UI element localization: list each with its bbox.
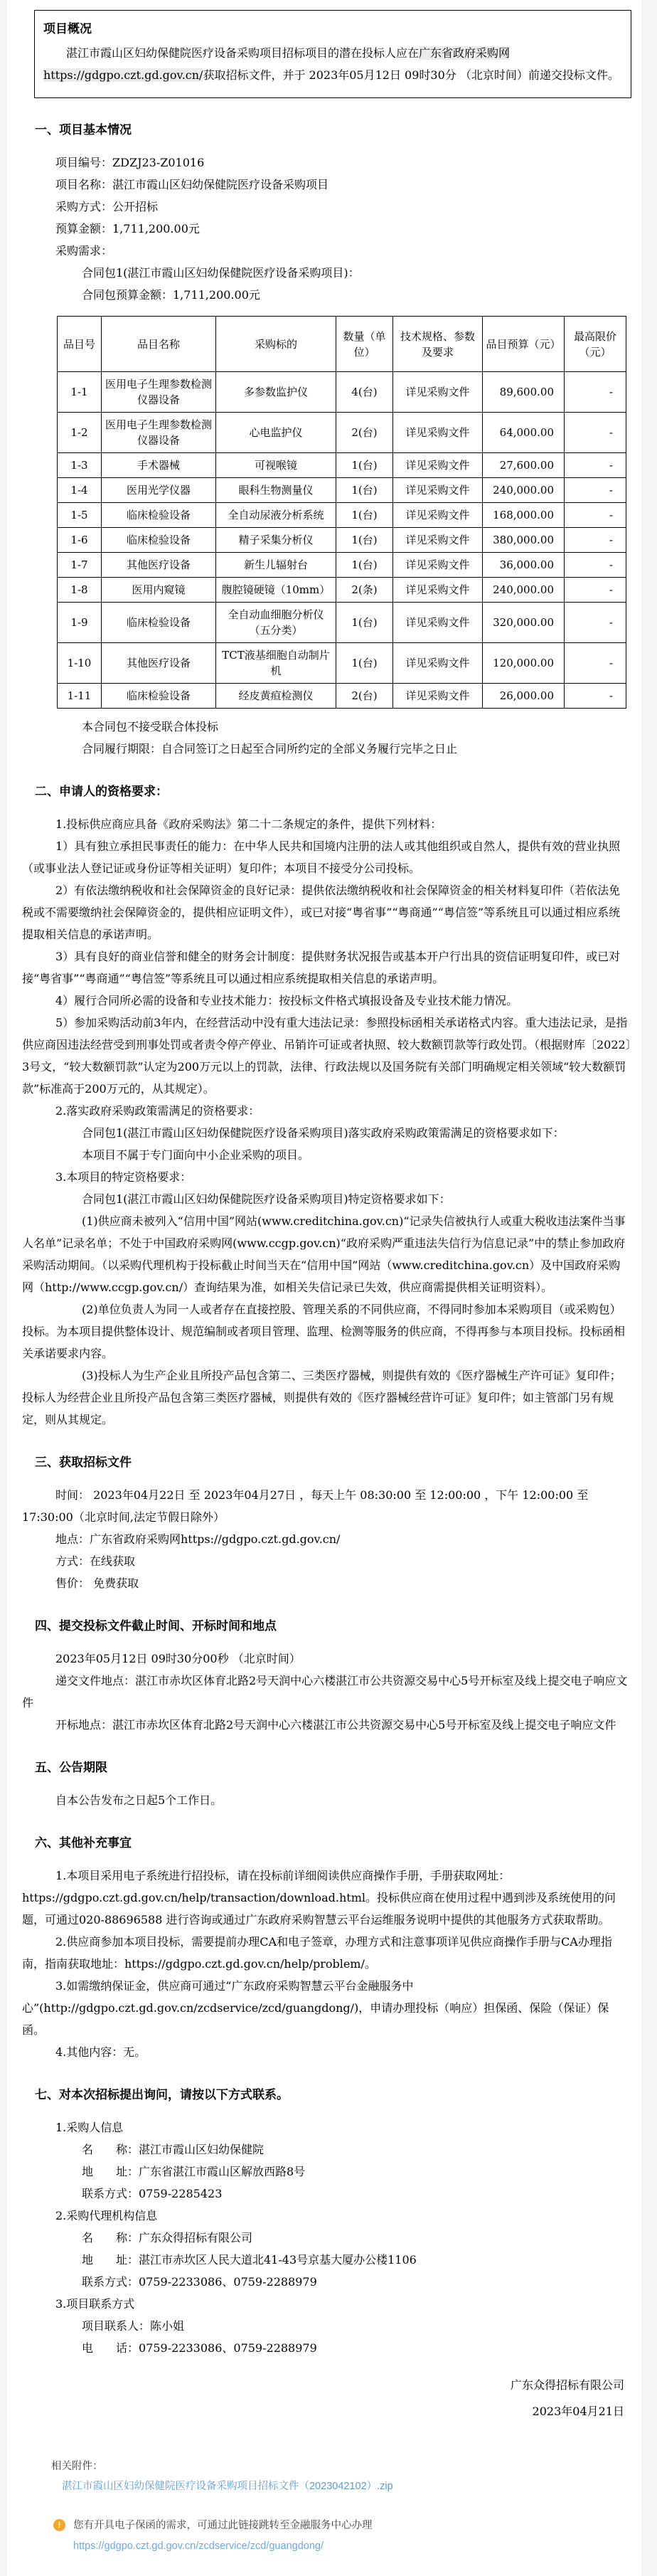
table-cell: 120,000.00: [483, 643, 565, 684]
table-cell: -: [565, 684, 626, 709]
table-cell: 详见采购文件: [393, 528, 483, 553]
announcement-document: 项目概况 湛江市霞山区妇幼保健院医疗设备采购项目招标项目的潜在投标人应在广东省政…: [7, 10, 641, 2555]
table-cell: 1(台): [336, 503, 393, 528]
table-cell: 新生儿辐射台: [216, 553, 336, 578]
table-cell: -: [565, 478, 626, 503]
table-cell: 1-7: [58, 553, 102, 578]
paragraph: 采购需求：: [22, 240, 631, 262]
table-cell: 详见采购文件: [393, 503, 483, 528]
paragraph: 项目名称：湛江市霞山区妇幼保健院医疗设备采购项目: [22, 174, 631, 196]
table-cell: -: [565, 603, 626, 643]
table-header-row: 品目号品目名称采购标的数量（单位）技术规格、参数及要求品目预算（元）最高限价（元…: [58, 317, 626, 372]
paragraph: 5）参加采购活动前3年内，在经营活动中没有重大违法记录：参照投标函相关承诺格式内…: [22, 1012, 631, 1100]
table-row: 1-2医用电子生理参数检测仪器设备心电监护仪2(台)详见采购文件64,000.0…: [58, 413, 626, 453]
table-cell: 精子采集分析仪: [216, 528, 336, 553]
table-cell: 可视喉镜: [216, 453, 336, 478]
table-cell: 2(条): [336, 578, 393, 603]
table-cell: -: [565, 413, 626, 453]
paragraph: 2023年05月12日 09时30分00秒 （北京时间）: [22, 1648, 631, 1670]
document-panel: 项目概况 湛江市霞山区妇幼保健院医疗设备采购项目招标项目的潜在投标人应在广东省政…: [7, 0, 641, 2576]
table-cell: 1-3: [58, 453, 102, 478]
signature-company: 广东众得招标有限公司: [22, 2372, 624, 2398]
table-row: 1-4医用光学仪器眼科生物测量仪1(台)详见采购文件240,000.00-: [58, 478, 626, 503]
paragraph: 合同包1(湛江市霞山区妇幼保健院医疗设备采购项目)落实政府采购政策需满足的资格要…: [22, 1122, 631, 1144]
procurement-items-table: 品目号品目名称采购标的数量（单位）技术规格、参数及要求品目预算（元）最高限价（元…: [57, 316, 626, 709]
notice-body: 您有开具电子保函的需求，可通过此链接跳转至金融服务中心办理 https://gd…: [73, 2517, 373, 2555]
paragraph: 自本公告发布之日起5个工作日。: [22, 1789, 631, 1811]
table-cell: -: [565, 528, 626, 553]
table-cell: TCT液基细胞自动制片机: [216, 643, 336, 684]
table-cell: 1(台): [336, 553, 393, 578]
paragraph: 售价： 免费获取: [22, 1572, 631, 1594]
paragraph: 地点：广东省政府采购网https://gdgpo.czt.gd.gov.cn/: [22, 1528, 631, 1550]
table-row: 1-8医用内窥镜腹腔镜硬镜（10mm）2(条)详见采购文件240,000.00-: [58, 578, 626, 603]
table-cell: 1(台): [336, 643, 393, 684]
paragraph: 合同包1(湛江市霞山区妇幼保健院医疗设备采购项目)：: [22, 262, 631, 284]
paragraph: 2.落实政府采购政策需满足的资格要求：: [22, 1100, 631, 1122]
attachment-zip-link[interactable]: 湛江市霞山区妇幼保健院医疗设备采购项目招标文件（2023042102）.zip: [62, 2477, 393, 2496]
table-cell: -: [565, 553, 626, 578]
table-row: 1-3手术器械可视喉镜1(台)详见采购文件27,600.00-: [58, 453, 626, 478]
table-cell: 其他医疗设备: [102, 553, 216, 578]
table-cell: 1-6: [58, 528, 102, 553]
paragraph: 1.采购人信息: [22, 2116, 631, 2138]
section-heading: 六、其他补充事宜: [22, 1833, 631, 1855]
table-cell: -: [565, 372, 626, 413]
table-cell: 1-1: [58, 372, 102, 413]
paragraph: 4）履行合同所必需的设备和专业技术能力：按投标文件格式填报设备及专业技术能力情况…: [22, 990, 631, 1012]
table-cell: 240,000.00: [483, 478, 565, 503]
overview-title: 项目概况: [43, 18, 621, 41]
paragraph: 2.供应商参加本项目投标，需要提前办理CA和电子签章，办理方式和注意事项详见供应…: [22, 1931, 631, 1975]
paragraph: 3.本项目的特定资格要求：: [22, 1166, 631, 1188]
overview-intro-suffix: 获取招标文件，并于 2023年05月12日 09时30分 （北京时间）前递交投标…: [203, 68, 619, 82]
table-header-cell: 最高限价（元）: [565, 317, 626, 372]
table-cell: 临床检验设备: [102, 684, 216, 709]
table-cell: 1-5: [58, 503, 102, 528]
overview-text: 湛江市霞山区妇幼保健院医疗设备采购项目招标项目的潜在投标人应在广东省政府采购网h…: [43, 42, 621, 86]
table-cell: 1-11: [58, 684, 102, 709]
table-cell: 临床检验设备: [102, 503, 216, 528]
paragraph: 本合同包不接受联合体投标: [22, 716, 631, 738]
table-cell: 心电监护仪: [216, 413, 336, 453]
table-cell: -: [565, 643, 626, 684]
table-cell: 详见采购文件: [393, 643, 483, 684]
paragraph: 名 称：广东众得招标有限公司: [22, 2227, 631, 2249]
paragraph: 项目联系人：陈小姐: [22, 2315, 631, 2337]
table-cell: -: [565, 578, 626, 603]
table-cell: 医用内窥镜: [102, 578, 216, 603]
paragraph: 电 话：0759-2233086、0759-2288979: [22, 2337, 631, 2359]
table-header-cell: 品目预算（元）: [483, 317, 565, 372]
table-cell: 26,000.00: [483, 684, 565, 709]
table-row: 1-1医用电子生理参数检测仪器设备多参数监护仪4(台)详见采购文件89,600.…: [58, 372, 626, 413]
table-cell: 1-10: [58, 643, 102, 684]
table-cell: 240,000.00: [483, 578, 565, 603]
table-cell: 详见采购文件: [393, 372, 483, 413]
e-guarantee-notice: ! 您有开具电子保函的需求，可通过此链接跳转至金融服务中心办理 https://…: [53, 2517, 631, 2555]
attachments-label: 相关附件：: [51, 2457, 631, 2476]
table-cell: 其他医疗设备: [102, 643, 216, 684]
paragraph: 预算金额：1,711,200.00元: [22, 218, 631, 240]
paragraph: 联系方式：0759-2285423: [22, 2183, 631, 2205]
table-cell: 64,000.00: [483, 413, 565, 453]
paragraph: 合同包1(湛江市霞山区妇幼保健院医疗设备采购项目)特定资格要求如下：: [22, 1188, 631, 1210]
paragraph: 1.投标供应商应具备《政府采购法》第二十二条规定的条件，提供下列材料：: [22, 813, 631, 835]
project-overview-box: 项目概况 湛江市霞山区妇幼保健院医疗设备采购项目招标项目的潜在投标人应在广东省政…: [34, 10, 631, 98]
table-cell: 临床检验设备: [102, 603, 216, 643]
table-cell: 腹腔镜硬镜（10mm）: [216, 578, 336, 603]
section-heading: 三、获取招标文件: [22, 1452, 631, 1474]
table-cell: 89,600.00: [483, 372, 565, 413]
table-cell: 医用光学仪器: [102, 478, 216, 503]
table-cell: 1(台): [336, 478, 393, 503]
table-cell: 36,000.00: [483, 553, 565, 578]
table-cell: 手术器械: [102, 453, 216, 478]
paragraph: 名 称：湛江市霞山区妇幼保健院: [22, 2138, 631, 2161]
table-cell: 临床检验设备: [102, 528, 216, 553]
table-cell: 2(台): [336, 684, 393, 709]
table-row: 1-5临床检验设备全自动尿液分析系统1(台)详见采购文件168,000.00-: [58, 503, 626, 528]
paragraph: 本项目不属于专门面向中小企业采购的项目。: [22, 1144, 631, 1166]
table-cell: 医用电子生理参数检测仪器设备: [102, 372, 216, 413]
table-cell: 眼科生物测量仪: [216, 478, 336, 503]
table-cell: 27,600.00: [483, 453, 565, 478]
table-cell: 全自动血细胞分析仪（五分类）: [216, 603, 336, 643]
paragraph: 地 址：广东省湛江市霞山区解放西路8号: [22, 2161, 631, 2183]
paragraph: 1.本项目采用电子系统进行招投标，请在投标前详细阅读供应商操作手册，手册获取网址…: [22, 1865, 631, 1931]
table-cell: 320,000.00: [483, 603, 565, 643]
table-cell: 1(台): [336, 453, 393, 478]
table-cell: 详见采购文件: [393, 453, 483, 478]
table-cell: 详见采购文件: [393, 684, 483, 709]
table-header-cell: 采购标的: [216, 317, 336, 372]
paragraph: 2）有依法缴纳税收和社会保障资金的良好记录：提供依法缴纳税收和社会保障资金的相关…: [22, 879, 631, 945]
table-header-cell: 技术规格、参数及要求: [393, 317, 483, 372]
table-header-cell: 品目名称: [102, 317, 216, 372]
table-cell: 1(台): [336, 603, 393, 643]
sections-host: 一、项目基本情况项目编号：ZDZJ23-Z01016项目名称：湛江市霞山区妇幼保…: [22, 120, 631, 2359]
table-header-cell: 品目号: [58, 317, 102, 372]
paragraph: 3.项目联系方式: [22, 2293, 631, 2315]
table-cell: 2(台): [336, 413, 393, 453]
paragraph: 合同履行期限：自合同签订之日起至合同所约定的全部义务履行完毕之日止: [22, 738, 631, 760]
table-row: 1-11临床检验设备经皮黄疸检测仪2(台)详见采购文件26,000.00-: [58, 684, 626, 709]
table-cell: -: [565, 503, 626, 528]
paragraph: (2)单位负责人为同一人或者存在直接控股、管理关系的不同供应商，不得同时参加本采…: [22, 1298, 631, 1364]
table-cell: 4(台): [336, 372, 393, 413]
section-heading: 四、提交投标文件截止时间、开标时间和地点: [22, 1616, 631, 1638]
attachments-section: 相关附件： 湛江市霞山区妇幼保健院医疗设备采购项目招标文件（2023042102…: [51, 2457, 631, 2496]
table-cell: 1-4: [58, 478, 102, 503]
paragraph: 项目编号：ZDZJ23-Z01016: [22, 152, 631, 174]
table-cell: 详见采购文件: [393, 478, 483, 503]
warning-icon: !: [53, 2519, 65, 2531]
overview-intro-prefix: 湛江市霞山区妇幼保健院医疗设备采购项目招标项目的潜在投标人应在: [66, 46, 419, 60]
signature-date: 2023年04月21日: [22, 2398, 624, 2424]
table-header-cell: 数量（单位）: [336, 317, 393, 372]
table-cell: 详见采购文件: [393, 553, 483, 578]
paragraph: 地 址：湛江市赤坎区人民大道北41-43号京基大厦办公楼1106: [22, 2249, 631, 2271]
table-row: 1-9临床检验设备全自动血细胞分析仪（五分类）1(台)详见采购文件320,000…: [58, 603, 626, 643]
paragraph: 递交文件地点：湛江市赤坎区体育北路2号天润中心六楼湛江市公共资源交易中心5号开标…: [22, 1670, 631, 1714]
table-cell: 380,000.00: [483, 528, 565, 553]
table-cell: 168,000.00: [483, 503, 565, 528]
table-cell: 多参数监护仪: [216, 372, 336, 413]
paragraph: 联系方式：0759-2233086、0759-2288979: [22, 2271, 631, 2293]
section-heading: 一、项目基本情况: [22, 120, 631, 142]
table-cell: 医用电子生理参数检测仪器设备: [102, 413, 216, 453]
table-cell: -: [565, 453, 626, 478]
paragraph: 开标地点：湛江市赤坎区体育北路2号天润中心六楼湛江市公共资源交易中心5号开标室及…: [22, 1714, 631, 1736]
table-cell: 1-9: [58, 603, 102, 643]
signature-block: 广东众得招标有限公司 2023年04月21日: [22, 2372, 631, 2424]
notice-text: 您有开具电子保函的需求，可通过此链接跳转至金融服务中心办理: [73, 2517, 373, 2534]
paragraph: 合同包预算金额：1,711,200.00元: [22, 284, 631, 306]
table-cell: 全自动尿液分析系统: [216, 503, 336, 528]
table-cell: 1-8: [58, 578, 102, 603]
paragraph: 3）具有良好的商业信誉和健全的财务会计制度：提供财务状况报告或基本开户行出具的资…: [22, 945, 631, 990]
finance-center-link[interactable]: https://gdgpo.czt.gd.gov.cn/zcdservice/z…: [73, 2538, 373, 2555]
paragraph: (1)供应商未被列入“信用中国”网站(www.creditchina.gov.c…: [22, 1210, 631, 1298]
paragraph: 3.如需缴纳保证金，供应商可通过“广东政府采购智慧云平台金融服务中心”(http…: [22, 1975, 631, 2041]
paragraph: 方式：在线获取: [22, 1550, 631, 1572]
section-heading: 五、公告期限: [22, 1757, 631, 1779]
table-cell: 1(台): [336, 528, 393, 553]
table-row: 1-10其他医疗设备TCT液基细胞自动制片机1(台)详见采购文件120,000.…: [58, 643, 626, 684]
table-cell: 详见采购文件: [393, 413, 483, 453]
table-row: 1-6临床检验设备精子采集分析仪1(台)详见采购文件380,000.00-: [58, 528, 626, 553]
paragraph: 4.其他内容：无。: [22, 2041, 631, 2063]
paragraph: 时间： 2023年04月22日 至 2023年04月27日 ，每天上午 08:3…: [22, 1484, 631, 1528]
table-cell: 1-2: [58, 413, 102, 453]
paragraph: (3)投标人为生产企业且所投产品包含第二、三类医疗器械，则提供有效的《医疗器械生…: [22, 1364, 631, 1431]
section-heading: 七、对本次招标提出询问，请按以下方式联系。: [22, 2084, 631, 2106]
section-heading: 二、申请人的资格要求：: [22, 781, 631, 803]
table-cell: 经皮黄疸检测仪: [216, 684, 336, 709]
table-cell: 详见采购文件: [393, 603, 483, 643]
paragraph: 采购方式：公开招标: [22, 196, 631, 218]
paragraph: 2.采购代理机构信息: [22, 2205, 631, 2227]
table-cell: 详见采购文件: [393, 578, 483, 603]
paragraph: 1）具有独立承担民事责任的能力：在中华人民共和国境内注册的法人或其他组织或自然人…: [22, 835, 631, 879]
table-row: 1-7其他医疗设备新生儿辐射台1(台)详见采购文件36,000.00-: [58, 553, 626, 578]
